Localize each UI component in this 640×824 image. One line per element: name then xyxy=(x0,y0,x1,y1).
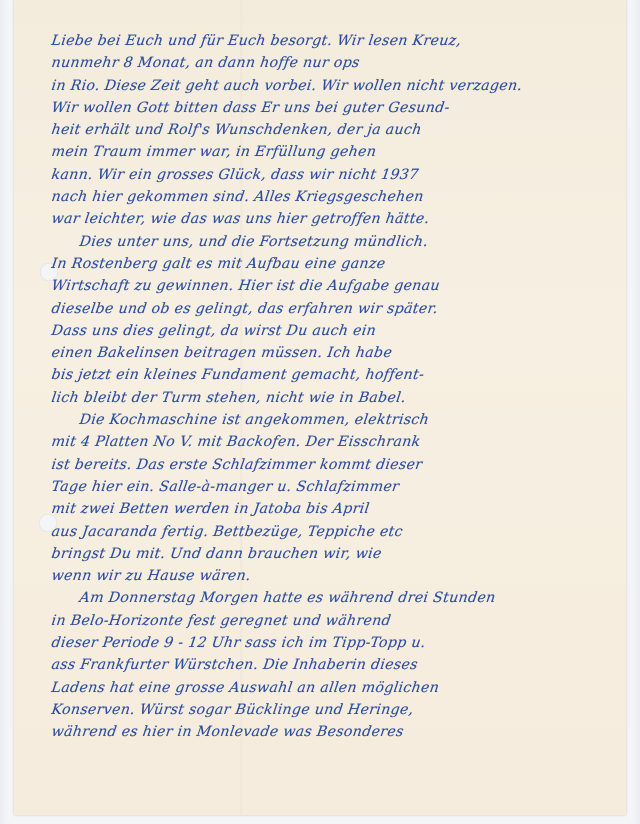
text-line: nach hier gekommen sind. Alles Kriegsges… xyxy=(50,186,640,208)
text-line-paragraph-start: Dies unter uns, und die Fortsetzung münd… xyxy=(50,231,640,253)
text-line: aus Jacaranda fertig. Bettbezüge, Teppic… xyxy=(50,521,640,543)
text-line: in Rio. Diese Zeit geht auch vorbei. Wir… xyxy=(50,75,640,97)
text-line: Wir wollen Gott bitten dass Er uns bei g… xyxy=(50,97,640,119)
text-line: mit zwei Betten werden in Jatoba bis Apr… xyxy=(50,498,640,520)
scanned-page: Liebe bei Euch und für Euch besorgt. Wir… xyxy=(0,0,640,824)
text-line: bis jetzt ein kleines Fundament gemacht,… xyxy=(50,364,640,386)
handwritten-text-body: Liebe bei Euch und für Euch besorgt. Wir… xyxy=(50,30,640,744)
text-line: Wirtschaft zu gewinnen. Hier ist die Auf… xyxy=(50,275,640,297)
text-line: mit 4 Platten No V. mit Backofen. Der Ei… xyxy=(50,431,640,453)
text-line: ass Frankfurter Würstchen. Die Inhaberin… xyxy=(50,654,640,676)
text-line: Dass uns dies gelingt, da wirst Du auch … xyxy=(50,320,640,342)
text-line: ist bereits. Das erste Schlafzimmer komm… xyxy=(50,454,640,476)
text-line-paragraph-start: Die Kochmaschine ist angekommen, elektri… xyxy=(50,409,640,431)
text-line: heit erhält und Rolf's Wunschdenken, der… xyxy=(50,119,640,141)
text-line: Ladens hat eine grosse Auswahl an allen … xyxy=(50,677,640,699)
text-line: mein Traum immer war, in Erfüllung gehen xyxy=(50,141,640,163)
text-line: dieselbe und ob es gelingt, das erfahren… xyxy=(50,298,640,320)
text-line: während es hier in Monlevade was Besonde… xyxy=(50,721,640,743)
text-line: dieser Periode 9 - 12 Uhr sass ich im Ti… xyxy=(50,632,640,654)
text-line: Tage hier ein. Salle-à-manger u. Schlafz… xyxy=(50,476,640,498)
text-line: einen Bakelinsen beitragen müssen. Ich h… xyxy=(50,342,640,364)
text-line: Liebe bei Euch und für Euch besorgt. Wir… xyxy=(50,30,640,52)
letter-paper: Liebe bei Euch und für Euch besorgt. Wir… xyxy=(14,0,626,815)
text-line: Konserven. Würst sogar Bücklinge und Her… xyxy=(50,699,640,721)
text-line: in Belo-Horizonte fest geregnet und währ… xyxy=(50,610,640,632)
text-line: bringst Du mit. Und dann brauchen wir, w… xyxy=(50,543,640,565)
text-line: kann. Wir ein grosses Glück, dass wir ni… xyxy=(50,164,640,186)
text-line: lich bleibt der Turm stehen, nicht wie i… xyxy=(50,387,640,409)
text-line: In Rostenberg galt es mit Aufbau eine ga… xyxy=(50,253,640,275)
text-line: wenn wir zu Hause wären. xyxy=(50,565,640,587)
text-line-paragraph-start: Am Donnerstag Morgen hatte es während dr… xyxy=(50,587,640,609)
text-line: war leichter, wie das was uns hier getro… xyxy=(50,208,640,230)
text-line: nunmehr 8 Monat, an dann hoffe nur ops xyxy=(50,52,640,74)
